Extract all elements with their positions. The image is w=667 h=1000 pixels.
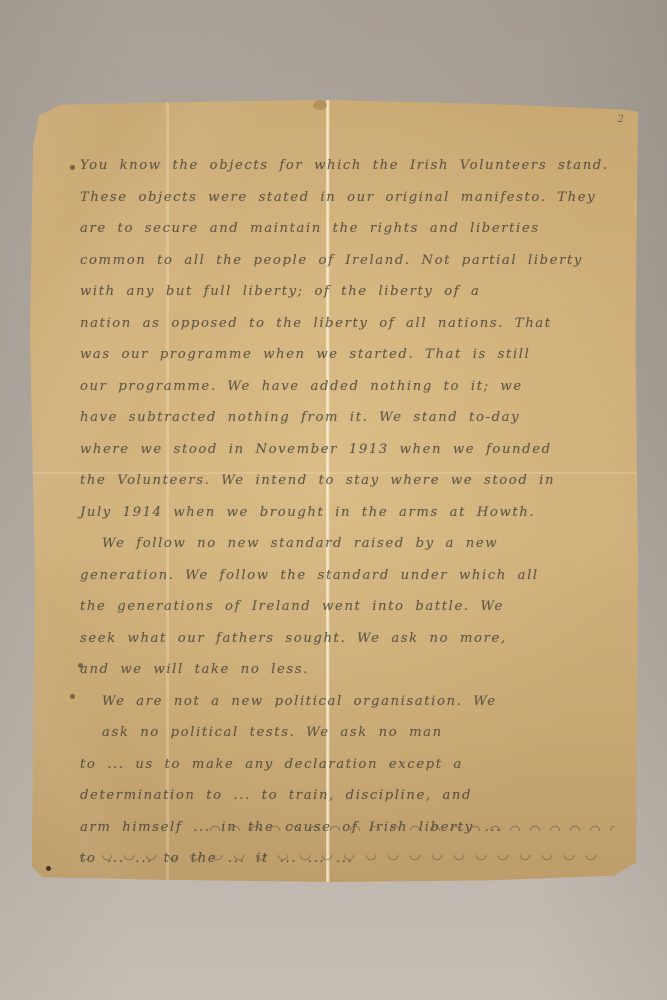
text-line: determination to ... to train, disciplin…: [80, 780, 625, 812]
text-line: seek what our fathers sought. We ask no …: [80, 623, 625, 655]
ink-dot: [46, 866, 51, 871]
manuscript-sheet: 2 You know the objects for which the Iri…: [30, 100, 638, 882]
text-line: and we will take no less.: [80, 654, 625, 686]
margin-mark: [70, 165, 75, 170]
text-line: We follow no new standard raised by a ne…: [80, 528, 625, 560]
handwritten-text: You know the objects for which the Irish…: [80, 150, 625, 1000]
page-number: 2: [618, 114, 624, 125]
struck-text-line: to ... ... to the ... it ... ... ...: [80, 843, 625, 875]
text-line: to ... us to make any declaration except…: [80, 749, 625, 781]
paper-stain: [313, 100, 327, 110]
text-line: ask no political tests. We ask no man: [80, 717, 625, 749]
text-line: where we stood in November 1913 when we …: [80, 434, 625, 466]
text-line: the generations of Ireland went into bat…: [80, 591, 625, 623]
text-line: generation. We follow the standard under…: [80, 560, 625, 592]
text-line: These objects were stated in our origina…: [80, 182, 625, 214]
text-line: nation as opposed to the liberty of all …: [80, 308, 625, 340]
text-line: our programme. We have added nothing to …: [80, 371, 625, 403]
text-line: July 1914 when we brought in the arms at…: [80, 497, 625, 529]
text-line: You know the objects for which the Irish…: [80, 150, 625, 182]
text-line: We are not a new political organisation.…: [80, 686, 625, 718]
struck-text-line: arm himself ... in the cause of Irish li…: [80, 812, 625, 844]
text-line: with any but full liberty; of the libert…: [80, 276, 625, 308]
text-line: was our programme when we started. That …: [80, 339, 625, 371]
text-line: the Volunteers. We intend to stay where …: [80, 465, 625, 497]
text-line: have subtracted nothing from it. We stan…: [80, 402, 625, 434]
text-line: common to all the people of Ireland. Not…: [80, 245, 625, 277]
margin-mark: [70, 694, 75, 699]
text-line: are to secure and maintain the rights an…: [80, 213, 625, 245]
